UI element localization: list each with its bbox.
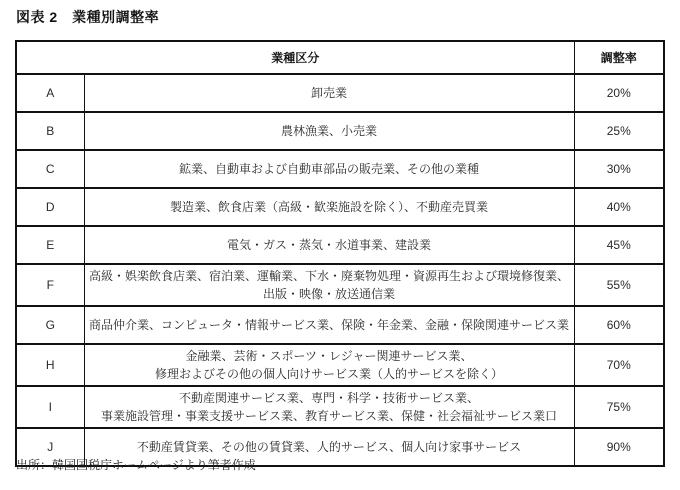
industry-desc-cell: 農林漁業、小売業: [84, 112, 574, 150]
rate-cell: 75%: [574, 386, 664, 428]
figure-title: 図表 2 業種別調整率: [16, 7, 159, 27]
table-row: I 不動産関連サービス業、専門・科学・技術サービス業、 事業施設管理・事業支援サ…: [16, 386, 664, 428]
industry-code-cell: D: [16, 188, 84, 226]
industry-code-cell: H: [16, 344, 84, 386]
table-row: G 商品仲介業、コンピュータ・情報サービス業、保険・年金業、金融・保険関連サービ…: [16, 306, 664, 344]
table-row: A 卸売業 20%: [16, 74, 664, 112]
table-row: H 金融業、芸術・スポーツ・レジャー関連サービス業、 修理およびその他の個人向け…: [16, 344, 664, 386]
industry-code-cell: C: [16, 150, 84, 188]
rate-column-header: 調整率: [574, 41, 664, 74]
industry-code-cell: A: [16, 74, 84, 112]
table-row: D 製造業、飲食店業（高級・歓楽施設を除く）、不動産売買業 40%: [16, 188, 664, 226]
table-header-row: 業種区分 調整率: [16, 41, 664, 74]
rate-cell: 20%: [574, 74, 664, 112]
table-row: E 電気・ガス・蒸気・水道事業、建設業 45%: [16, 226, 664, 264]
industry-adjustment-rate-table: 業種区分 調整率 A 卸売業 20% B 農林漁業、小売業 25% C 鉱業、自…: [15, 40, 665, 467]
rate-cell: 70%: [574, 344, 664, 386]
rate-cell: 30%: [574, 150, 664, 188]
table-row: C 鉱業、自動車および自動車部品の販売業、その他の業種 30%: [16, 150, 664, 188]
industry-column-header: 業種区分: [16, 41, 574, 74]
industry-desc-cell: 金融業、芸術・スポーツ・レジャー関連サービス業、 修理およびその他の個人向けサー…: [84, 344, 574, 386]
industry-code-cell: F: [16, 264, 84, 306]
source-note: 出所：韓国国税庁ホームページより筆者作成: [16, 456, 256, 473]
rate-cell: 25%: [574, 112, 664, 150]
rate-cell: 60%: [574, 306, 664, 344]
rate-cell: 40%: [574, 188, 664, 226]
industry-code-cell: E: [16, 226, 84, 264]
industry-desc-cell: 卸売業: [84, 74, 574, 112]
table-row: B 農林漁業、小売業 25%: [16, 112, 664, 150]
industry-desc-cell: 不動産関連サービス業、専門・科学・技術サービス業、 事業施設管理・事業支援サービ…: [84, 386, 574, 428]
rate-cell: 45%: [574, 226, 664, 264]
table-row: F 高級・娯楽飲食店業、宿泊業、運輸業、下水・廃棄物処理・資源再生および環境修復…: [16, 264, 664, 306]
industry-code-cell: G: [16, 306, 84, 344]
rate-cell: 90%: [574, 428, 664, 466]
industry-desc-cell: 高級・娯楽飲食店業、宿泊業、運輸業、下水・廃棄物処理・資源再生および環境修復業、…: [84, 264, 574, 306]
industry-code-cell: I: [16, 386, 84, 428]
industry-desc-cell: 商品仲介業、コンピュータ・情報サービス業、保険・年金業、金融・保険関連サービス業: [84, 306, 574, 344]
industry-code-cell: B: [16, 112, 84, 150]
rate-cell: 55%: [574, 264, 664, 306]
industry-desc-cell: 製造業、飲食店業（高級・歓楽施設を除く）、不動産売買業: [84, 188, 574, 226]
industry-desc-cell: 鉱業、自動車および自動車部品の販売業、その他の業種: [84, 150, 574, 188]
industry-desc-cell: 電気・ガス・蒸気・水道事業、建設業: [84, 226, 574, 264]
